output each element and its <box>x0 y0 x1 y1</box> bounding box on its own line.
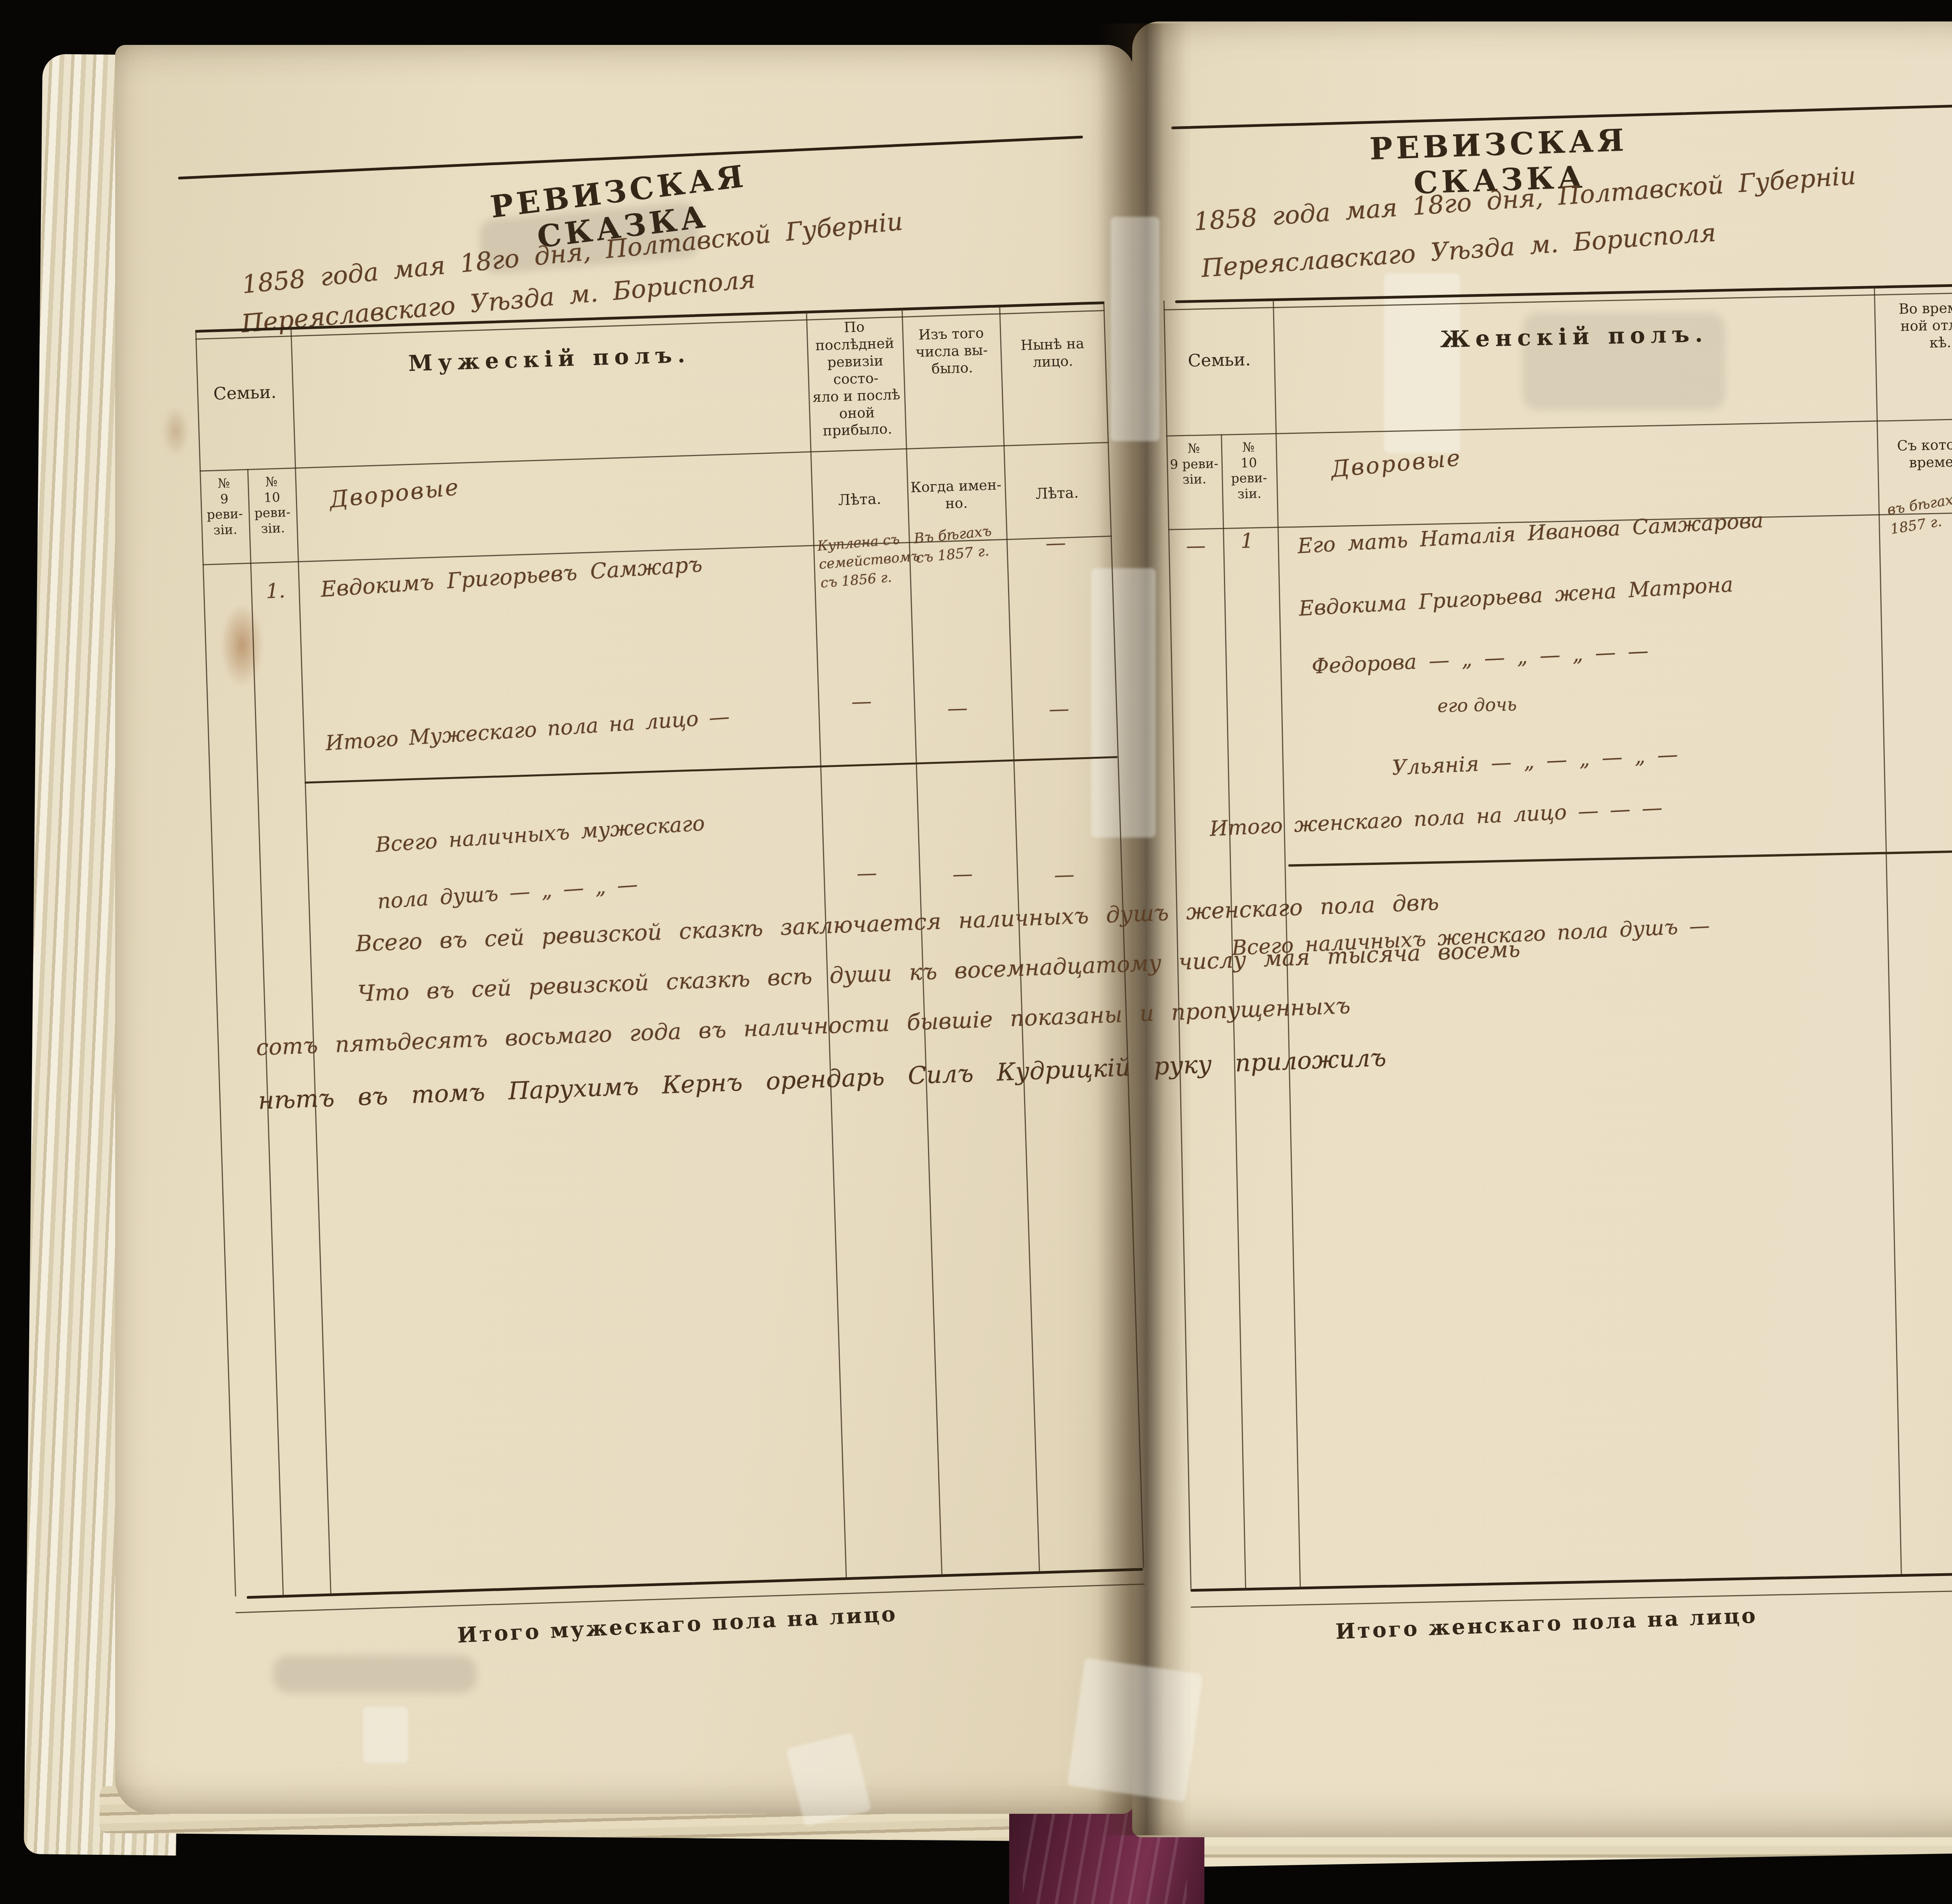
subtotal-underline <box>305 756 1117 783</box>
left-total-dash: — <box>857 861 878 886</box>
right-group-label: Дворовые <box>1330 444 1462 483</box>
left-col-last-revision-header: По послѣдней ревизіи состо- яло и послѣ … <box>806 317 906 440</box>
left-row1-number: 1. <box>265 579 285 603</box>
tape-patch <box>363 1706 408 1763</box>
left-row1-when-note: Въ бѣгахъ съ 1857 г. <box>913 520 1006 569</box>
left-col-family-header: Семьи. <box>197 382 292 405</box>
left-col-now-header: Нынѣ на лицо. <box>1000 335 1106 372</box>
archival-scan: 652 РЕВИЗСКАЯ СКАЗКА 1858 года мая 18го … <box>0 0 1952 1904</box>
left-col-rev10-header: № 10 реви- зіи. <box>248 473 297 537</box>
rule <box>1190 1569 1952 1592</box>
right-row1-name: Его мать Наталія Иванова Самжарова <box>1297 502 1875 558</box>
tape-patch <box>1067 1658 1203 1802</box>
left-subtotal-dash: — <box>851 690 872 714</box>
rule <box>1874 286 1902 1574</box>
rule <box>1166 415 1952 437</box>
right-row1-rev10: 1 <box>1240 529 1254 553</box>
right-total-label: Всего наличныхъ женскаго пола душъ — <box>1231 900 1952 960</box>
left-total-dash: — <box>1054 863 1075 887</box>
right-row3-name: Федорова — „ — „ — „ — — <box>1311 627 1897 679</box>
rule <box>247 1568 1143 1599</box>
left-group-label: Дворовые <box>328 473 461 513</box>
left-col-years-b-header: Лѣта. <box>1005 483 1110 503</box>
right-subtotal-label: Итого женскаго пола на лицо — — — <box>1209 782 1951 841</box>
right-col-rev9-header: № 9 реви- зіи. <box>1167 440 1222 488</box>
tape-patch <box>1111 217 1159 441</box>
left-col-departed-header: Изъ того числа вы- было. <box>902 324 1001 379</box>
left-subtotal-dash: — <box>947 696 968 720</box>
subtotal-underline <box>1288 847 1952 867</box>
left-row1-age-mark: — <box>1045 531 1066 555</box>
left-total-dash: — <box>952 862 973 886</box>
right-row4-name: его дочь <box>1437 693 1517 716</box>
left-subtotal-label: Итого Мужескаго пола на лицо — <box>325 697 852 755</box>
left-subtotal-dash: — <box>1049 697 1070 721</box>
left-col-when-header: Когда имен- но. <box>907 476 1006 514</box>
right-row2-name: Евдокима Григорьева жена Матрона <box>1298 565 1876 621</box>
left-footer-label: Итого мужескаго пола на лицо <box>345 1596 1009 1653</box>
left-row1-status-note: Куплена съ семействомъ съ 1856 г. <box>817 530 911 592</box>
left-col-male-header: Мужескій полъ. <box>291 338 807 380</box>
right-row5-name: Ульянія — „ — „ — „ — <box>1391 730 1938 780</box>
right-col-absence-header: Во времен- ной отлуч- кѣ. <box>1874 299 1952 353</box>
right-col-female-header: Женскій полъ. <box>1273 317 1875 356</box>
left-col-years-a-header: Лѣта. <box>812 489 908 510</box>
right-col-since-header: Съ котораго времени. <box>1877 435 1952 472</box>
rule <box>290 327 331 1593</box>
right-row1-rev9: — <box>1186 534 1206 557</box>
rule <box>247 469 284 1595</box>
rule <box>1221 434 1246 1588</box>
left-total-label-1: Всего наличныхъ мужескаго <box>375 800 883 857</box>
paper-stain <box>162 406 189 457</box>
right-col-family-header: Семьи. <box>1165 349 1274 371</box>
left-total-label-2: пола душъ — „ — „ — <box>377 856 885 914</box>
rule <box>199 442 1109 472</box>
right-row1-since-note: въ бѣгахъ 1857 г. <box>1886 482 1952 540</box>
left-table: Семьи. Мужескій полъ. По послѣдней ревиз… <box>195 301 1147 1688</box>
right-footer-label: Итого женскаго пола на лицо <box>1215 1598 1879 1649</box>
right-col-rev10-header: № 10 реви- зіи. <box>1221 439 1277 502</box>
right-table: Семьи. Женскій полъ. Во времен- ной отлу… <box>1163 281 1952 1690</box>
left-col-rev9-header: № 9 реви- зіи. <box>200 475 249 538</box>
